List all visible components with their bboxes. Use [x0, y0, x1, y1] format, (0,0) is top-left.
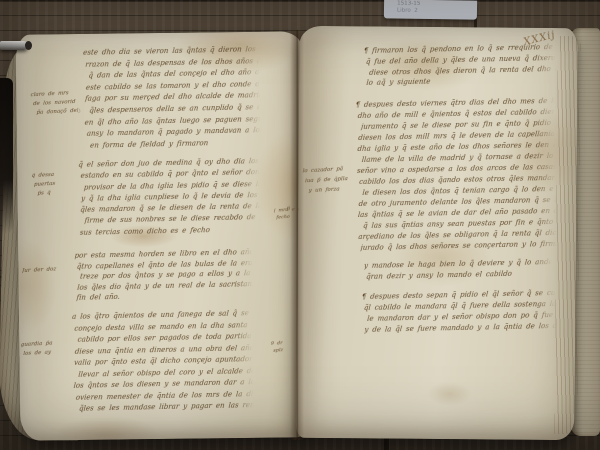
right-paragraph-3: y mandose le haga bien lo q̃ deviere y q… — [364, 257, 552, 282]
left-side-note-2: 9 drsplz — [271, 339, 299, 355]
manuscript-line: ij — [287, 205, 299, 213]
left-paragraph-4: a los q̃tro q̃nientos de una fanega de s… — [72, 308, 254, 415]
right-paragraph-2: ¶ despues desto viernes q̃tro dias del d… — [355, 96, 557, 254]
right-paragraph-1: ¶ firmaron los q̃ pendono en lo q̃ se rr… — [364, 42, 557, 89]
left-margin-note-4: guardia p̃alos de ay — [21, 339, 66, 359]
metal-clip — [0, 41, 28, 50]
left-paragraph-1: este dho dia se vieron las q̃ntas q̃ die… — [83, 44, 261, 152]
page-edges-right — [554, 36, 580, 434]
right-paragraph-4: ¶ despues desto sepan q̃ pidio el q̃l se… — [362, 288, 557, 336]
right-margin-note-1: lo cazador pãiua p̃ de q̃pllay un forza — [302, 165, 357, 197]
left-paragraph-3: por esta mesma horden se libro en el dho… — [74, 247, 253, 304]
manuscript-photo: este dho dia se vieron las q̃ntas q̃ die… — [0, 0, 600, 450]
gutter-ink-mark: ij — [287, 205, 299, 213]
page-gutter — [290, 30, 304, 440]
archival-tab: 1513-15Libro 2 — [384, 0, 477, 20]
left-margin-note-2: q̃ dessapuertasp̃s q̃ — [31, 170, 74, 199]
manuscript-line: Libro 2 — [397, 8, 477, 16]
left-paragraph-2: q̃ el señor don juo de medina q̃ oy dho … — [78, 156, 261, 239]
dark-object-left-edge — [0, 78, 13, 234]
metal-clip-tip — [25, 41, 32, 50]
left-margin-note-1: claro de mrsde los navoridp̃a donaçõ del… — [30, 89, 81, 119]
